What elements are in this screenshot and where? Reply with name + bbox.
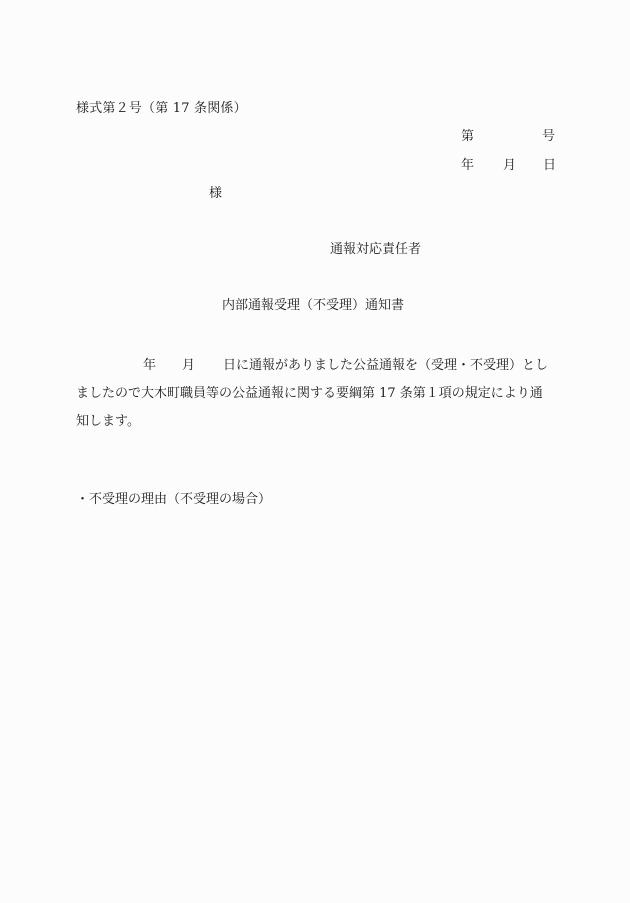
date-day-label: 日 [543,159,556,172]
body-month: 月 [182,358,195,373]
doc-number-prefix: 第 [461,130,474,143]
doc-number-suffix: 号 [542,130,555,143]
document-title: 内部通報受理（不受理）通知書 [222,299,404,312]
date-year-label: 年 [461,159,474,172]
body-line-1-text: 日に通報がありました公益通報を（受理・不受理）とし [223,358,548,373]
sender-title: 通報対応責任者 [330,243,421,256]
body-paragraph: 年月日に通報がありました公益通報を（受理・不受理）とし ましたので大木町職員等の… [76,352,556,436]
form-number-label: 様式第２号（第 17 条関係） [76,102,247,115]
addressee-honorific: 様 [209,187,222,200]
body-year: 年 [143,358,156,373]
body-line-1: 年月日に通報がありました公益通報を（受理・不受理）とし [76,352,556,380]
body-line-3: 知します。 [76,408,556,436]
body-line-2: ましたので大木町職員等の公益通報に関する要綱第 17 条第１項の規定により通 [76,380,556,408]
rejection-reason-heading: ・不受理の理由（不受理の場合） [76,493,271,506]
date-month-label: 月 [503,159,516,172]
